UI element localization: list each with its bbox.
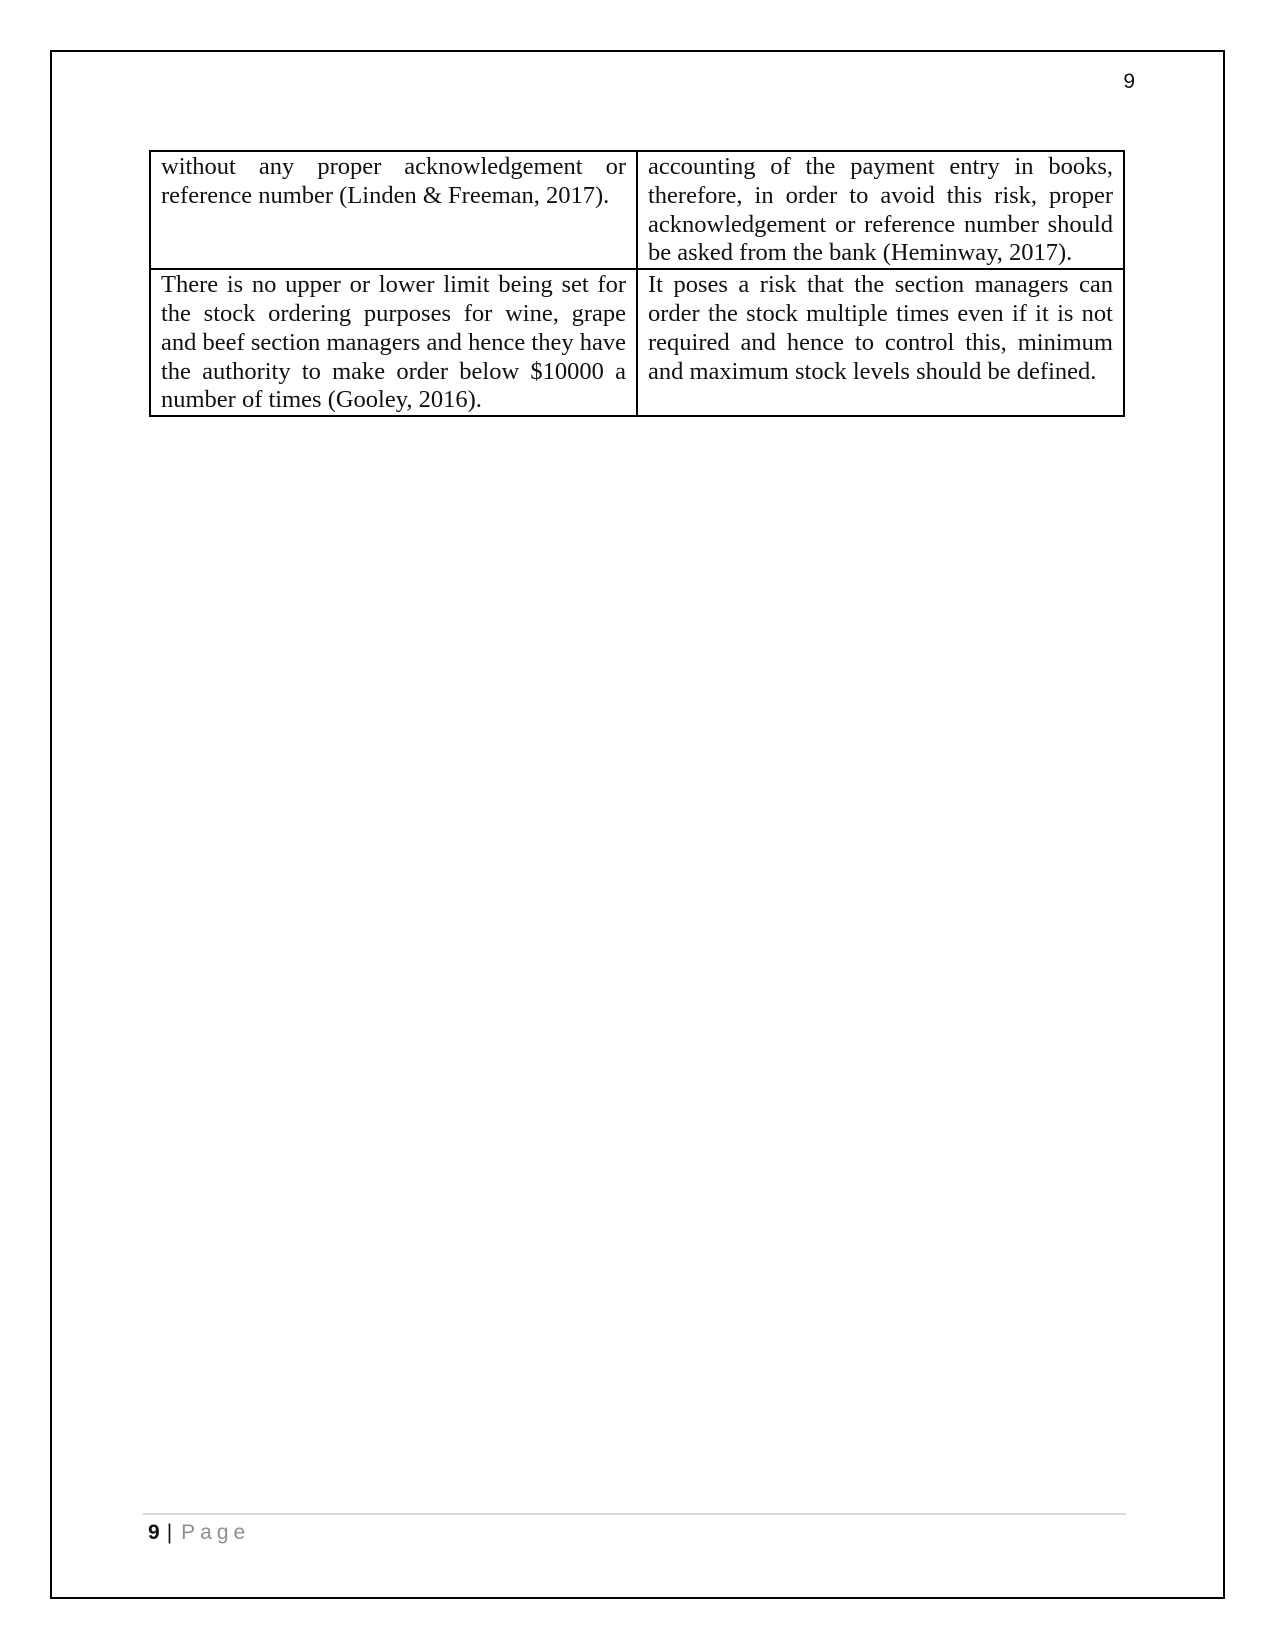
footer-page-number: 9 (148, 1521, 160, 1544)
footer: 9|Page (148, 1521, 250, 1545)
table-cell-risk-description-2: There is no upper or lower limit being s… (150, 269, 637, 416)
risk-table: without any proper acknowledgement or re… (149, 150, 1125, 417)
footer-page-label: Page (181, 1521, 250, 1544)
footer-divider (143, 1513, 1126, 1515)
document-page: 9 without any proper acknowledgement or … (0, 0, 1275, 1650)
header-page-number: 9 (1123, 70, 1135, 94)
risk-table-body: without any proper acknowledgement or re… (150, 151, 1124, 416)
table-row: without any proper acknowledgement or re… (150, 151, 1124, 269)
table-cell-risk-description-1: without any proper acknowledgement or re… (150, 151, 637, 269)
table-row: There is no upper or lower limit being s… (150, 269, 1124, 416)
table-cell-risk-mitigation-2: It poses a risk that the section manager… (637, 269, 1124, 416)
table-cell-risk-mitigation-1: accounting of the payment entry in books… (637, 151, 1124, 269)
footer-separator: | (167, 1521, 172, 1544)
